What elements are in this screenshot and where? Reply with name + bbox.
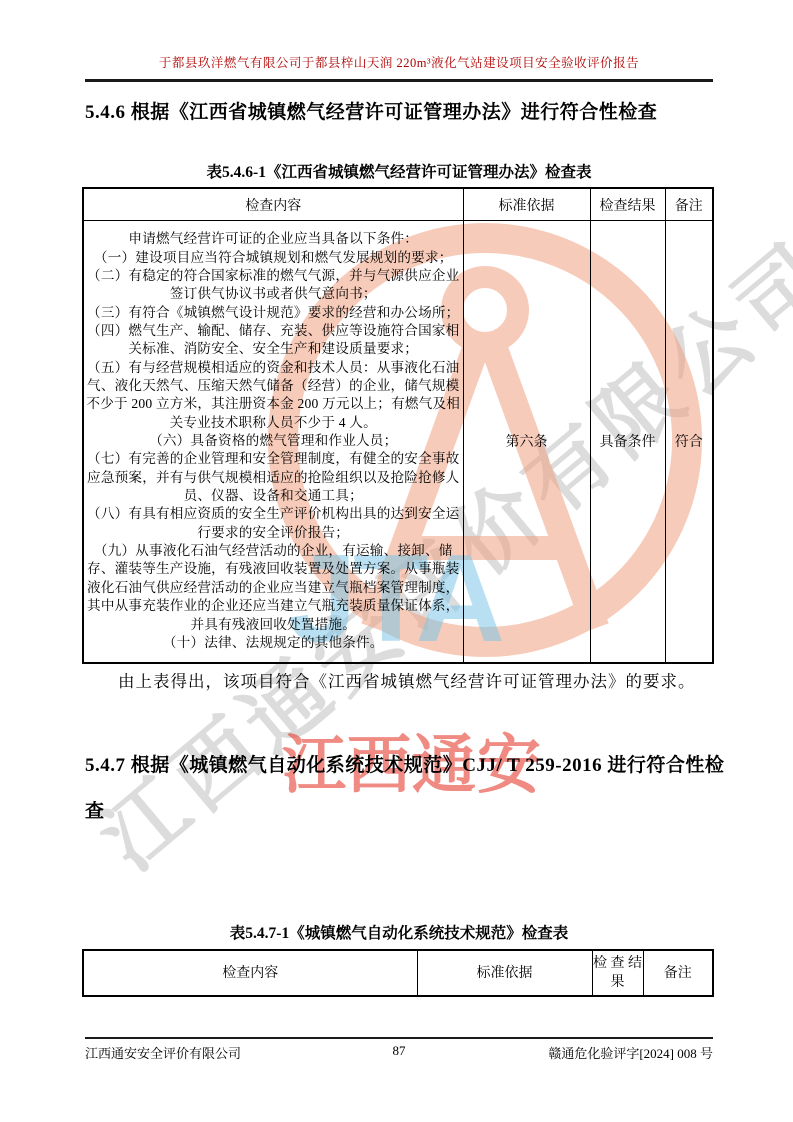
content-paragraph: （七）有完善的企业管理和安全管理制度，有健全的安全事故应急预案，并有与供气规模相… [84, 450, 463, 505]
table2-header-remark: 备注 [643, 950, 713, 996]
table1-header-standard: 标准依据 [463, 188, 590, 221]
footer-doc-number: 赣通危化验评字[2024] 008 号 [548, 1043, 713, 1062]
content-paragraph: （一）建设项目应当符合城镇规划和燃气发展规划的要求；（二）有稳定的符合国家标准的… [84, 249, 463, 304]
content-paragraph: （八）有具有相应资质的安全生产评价机构出具的达到安全运行要求的安全评价报告； [84, 505, 463, 542]
document-page: 江西通安评价有限公司 JTA 江西通安 于都县玖洋燃气有限公司于都县梓山天润 2… [0, 0, 793, 1122]
content-paragraph: 申请燃气经营许可证的企业应当具备以下条件： [84, 230, 463, 248]
content-paragraph: （四）燃气生产、输配、储存、充装、供应等设施符合国家相关标准、消防安全、安全生产… [84, 322, 463, 359]
table1-body-row: 申请燃气经营许可证的企业应当具备以下条件： （一）建设项目应当符合城镇规划和燃气… [83, 221, 713, 663]
check-table-546: 检查内容 标准依据 检查结果 备注 申请燃气经营许可证的企业应当具备以下条件： … [82, 187, 714, 664]
table1-header-content: 检查内容 [83, 188, 463, 221]
table1-header-remark: 备注 [665, 188, 713, 221]
section-heading-546: 5.4.6 根据《江西省城镇燃气经营许可证管理办法》进行符合性检查 [85, 97, 745, 124]
table1-cell-standard: 第六条 [463, 221, 590, 663]
table2-header-row: 检查内容 标准依据 检 查 结果 备注 [83, 950, 713, 996]
table1-header-row: 检查内容 标准依据 检查结果 备注 [83, 188, 713, 221]
page-header-title: 于都县玖洋燃气有限公司于都县梓山天润 220m³液化气站建设项目安全验收评价报告 [85, 53, 713, 71]
table2-header-standard: 标准依据 [417, 950, 592, 996]
table1-cell-content: 申请燃气经营许可证的企业应当具备以下条件： （一）建设项目应当符合城镇规划和燃气… [83, 221, 463, 663]
conclusion-paragraph: 由上表得出，该项目符合《江西省城镇燃气经营许可证管理办法》的要求。 [85, 659, 718, 705]
section-heading-547: 5.4.7 根据《城镇燃气自动化系统技术规范》CJJ/ T 259-2016 进… [85, 743, 735, 835]
table2-caption: 表5.4.7-1《城镇燃气自动化系统技术规范》检查表 [85, 921, 713, 943]
check-table-547: 检查内容 标准依据 检 查 结果 备注 [82, 949, 714, 997]
table1-caption: 表5.4.6-1《江西省城镇燃气经营许可证管理办法》检查表 [85, 160, 713, 182]
content-paragraph: （十）法律、法规规定的其他条件。 [84, 634, 463, 652]
table2-header-result: 检 查 结果 [592, 950, 643, 996]
table1-cell-remark: 符合 [665, 221, 713, 663]
table1-cell-result: 具备条件 [590, 221, 665, 663]
header-rule [85, 79, 713, 82]
content-paragraph: （三）有符合《城镇燃气设计规范》要求的经营和办公场所； [84, 304, 463, 322]
footer-rule [85, 1037, 713, 1039]
page-content: 于都县玖洋燃气有限公司于都县梓山天润 220m³液化气站建设项目安全验收评价报告… [0, 0, 793, 1122]
content-paragraph: （九）从事液化石油气经营活动的企业，有运输、接卸、储存、灌装等生产设施，有残液回… [84, 542, 463, 634]
content-paragraph: （五）有与经营规模相适应的资金和技术人员：从事液化石油气、液化天然气、压缩天然气… [84, 359, 463, 432]
table2-header-content: 检查内容 [83, 950, 417, 996]
content-paragraph: （六）具备资格的燃气管理和作业人员； [84, 432, 463, 450]
table1-header-result: 检查结果 [590, 188, 665, 221]
